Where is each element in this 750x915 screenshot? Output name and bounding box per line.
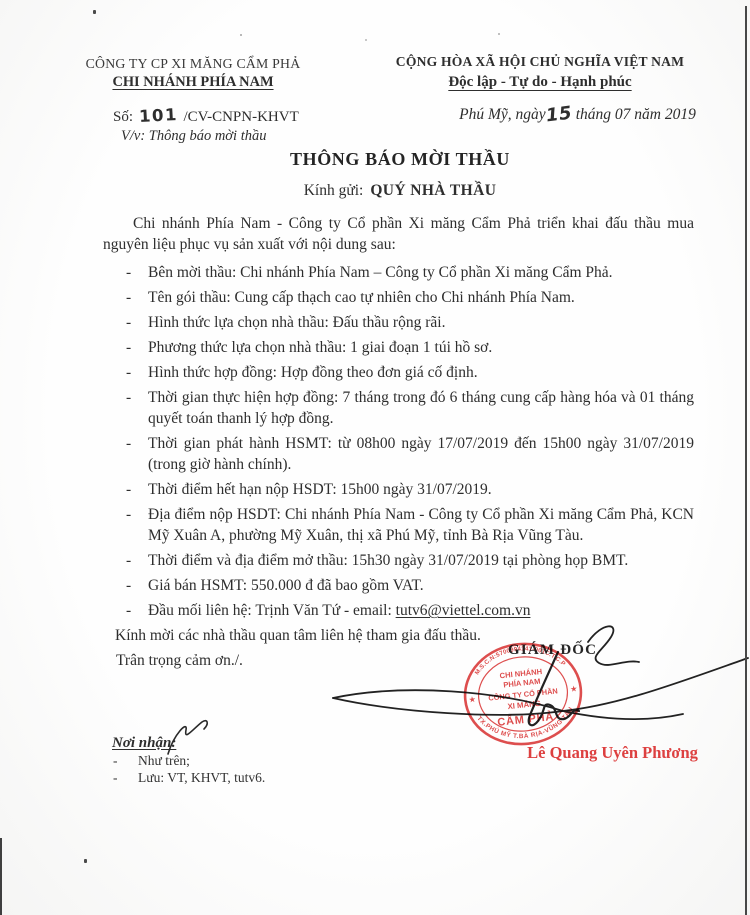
bullet-dash: - bbox=[126, 287, 131, 308]
list-item-text: Giá bán HSMT: 550.000 đ đã bao gồm VAT. bbox=[148, 577, 424, 594]
bullet-dash: - bbox=[126, 550, 131, 571]
initials-stroke bbox=[168, 721, 207, 754]
issuer-header: CÔNG TY CP XI MĂNG CẨM PHẢ CHI NHÁNH PHÍ… bbox=[73, 54, 313, 92]
date-prefix: Phú Mỹ, ngày bbox=[459, 106, 546, 123]
scan-speck bbox=[240, 34, 242, 36]
document-body: Chi nhánh Phía Nam - Công ty Cổ phần Xi … bbox=[103, 213, 694, 671]
scan-edge-line bbox=[0, 838, 2, 915]
list-item-text: Thời điểm hết hạn nộp HSDT: 15h00 ngày 3… bbox=[148, 481, 492, 498]
bullet-dash: - bbox=[126, 262, 131, 283]
bullet-dash: - bbox=[126, 433, 131, 454]
scan-edge-line bbox=[745, 6, 747, 915]
ref-label: Số: bbox=[113, 109, 133, 125]
salutation-label: Kính gửi: bbox=[304, 182, 364, 199]
recipient-item: -Như trên; bbox=[113, 753, 265, 770]
salutation-line: Kính gửi:QUÝ NHÀ THẦU bbox=[50, 182, 750, 200]
bullet-dash: - bbox=[113, 753, 118, 770]
bullet-dash: - bbox=[126, 337, 131, 358]
list-item-text: Địa điểm nộp HSDT: Chi nhánh Phía Nam - … bbox=[148, 506, 694, 544]
list-item-text: Thời gian thực hiện hợp đồng: 7 tháng tr… bbox=[148, 389, 694, 427]
list-item: -Bên mời thầu: Chi nhánh Phía Nam – Công… bbox=[103, 262, 694, 283]
national-header: CỘNG HÒA XÃ HỘI CHỦ NGHĨA VIỆT NAM Độc l… bbox=[390, 52, 690, 92]
bullet-dash: - bbox=[126, 504, 131, 525]
handwritten-ref-number: 101 bbox=[138, 105, 178, 126]
list-item: -Thời điểm hết hạn nộp HSDT: 15h00 ngày … bbox=[103, 479, 694, 500]
list-item-text: Thời gian phát hành HSMT: từ 08h00 ngày … bbox=[148, 435, 694, 473]
scan-speck bbox=[498, 33, 500, 35]
signature-stroke bbox=[333, 698, 563, 715]
subject-line: V/v: Thông báo mời thầu bbox=[121, 128, 266, 145]
signature-stroke bbox=[563, 711, 683, 719]
list-item: -Thời điểm và địa điểm mở thầu: 15h30 ng… bbox=[103, 550, 694, 571]
company-name: CÔNG TY CP XI MĂNG CẨM PHẢ bbox=[73, 54, 313, 73]
recipient-text: Lưu: VT, KHVT, tutv6. bbox=[138, 770, 265, 785]
reference-number-line: Số: 101 /CV-CNPN-KHVT bbox=[113, 106, 299, 126]
scanned-document-page: CÔNG TY CP XI MĂNG CẨM PHẢ CHI NHÁNH PHÍ… bbox=[0, 0, 750, 915]
list-item: -Tên gói thầu: Cung cấp thạch cao tự nhi… bbox=[103, 287, 694, 308]
signer-name: Lê Quang Uyên Phương bbox=[515, 743, 710, 763]
bullet-dash: - bbox=[113, 770, 118, 787]
national-motto-line1: CỘNG HÒA XÃ HỘI CHỦ NGHĨA VIỆT NAM bbox=[390, 52, 690, 72]
list-item-text: Hình thức hợp đồng: Hợp đồng theo đơn gi… bbox=[148, 364, 478, 381]
date-suffix: tháng 07 năm 2019 bbox=[576, 106, 696, 123]
list-item-text: Thời điểm và địa điểm mở thầu: 15h30 ngà… bbox=[148, 552, 628, 569]
list-item: -Hình thức lựa chọn nhà thầu: Đấu thầu r… bbox=[103, 312, 694, 333]
signature-stroke bbox=[333, 690, 563, 711]
scan-speck bbox=[84, 859, 87, 863]
bullet-dash: - bbox=[126, 575, 131, 596]
list-item: -Phương thức lựa chọn nhà thầu: 1 giai đ… bbox=[103, 337, 694, 358]
branch-name: CHI NHÁNH PHÍA NAM bbox=[73, 73, 313, 92]
list-item: -Hình thức hợp đồng: Hợp đồng theo đơn g… bbox=[103, 362, 694, 383]
national-motto-line2: Độc lập - Tự do - Hạnh phúc bbox=[390, 72, 690, 92]
signature-stroke bbox=[563, 658, 748, 711]
handwritten-day: 15 bbox=[544, 102, 572, 126]
recipient-item: -Lưu: VT, KHVT, tutv6. bbox=[113, 770, 265, 787]
recipients-list: -Như trên; -Lưu: VT, KHVT, tutv6. bbox=[113, 753, 265, 786]
bullet-dash: - bbox=[126, 600, 131, 621]
scan-speck bbox=[93, 10, 96, 14]
ref-code: /CV-CNPN-KHVT bbox=[183, 109, 298, 125]
document-title: THÔNG BÁO MỜI THẦU bbox=[50, 149, 750, 170]
place-date-line: Phú Mỹ, ngày15tháng 07 năm 2019 bbox=[430, 103, 725, 124]
list-item: -Thời gian phát hành HSMT: từ 08h00 ngày… bbox=[103, 433, 694, 475]
list-item-text: Phương thức lựa chọn nhà thầu: 1 giai đo… bbox=[148, 339, 492, 356]
list-item: -Giá bán HSMT: 550.000 đ đã bao gồm VAT. bbox=[103, 575, 694, 596]
scan-speck bbox=[365, 39, 367, 41]
list-item-text: Hình thức lựa chọn nhà thầu: Đấu thầu rộ… bbox=[148, 314, 445, 331]
signature-ink bbox=[325, 612, 750, 792]
list-item-text: Bên mời thầu: Chi nhánh Phía Nam – Công … bbox=[148, 264, 613, 281]
bullet-dash: - bbox=[126, 312, 131, 333]
recipient-text: Như trên; bbox=[138, 753, 190, 768]
list-item-text: Tên gói thầu: Cung cấp thạch cao tự nhiê… bbox=[148, 289, 575, 306]
salutation-recipient: QUÝ NHÀ THẦU bbox=[370, 182, 496, 199]
list-item: -Địa điểm nộp HSDT: Chi nhánh Phía Nam -… bbox=[103, 504, 694, 546]
bullet-dash: - bbox=[126, 387, 131, 408]
signature-stroke bbox=[588, 626, 639, 665]
bullet-dash: - bbox=[126, 362, 131, 383]
intro-paragraph: Chi nhánh Phía Nam - Công ty Cổ phần Xi … bbox=[103, 213, 694, 255]
bullet-dash: - bbox=[126, 479, 131, 500]
list-item: -Thời gian thực hiện hợp đồng: 7 tháng t… bbox=[103, 387, 694, 429]
